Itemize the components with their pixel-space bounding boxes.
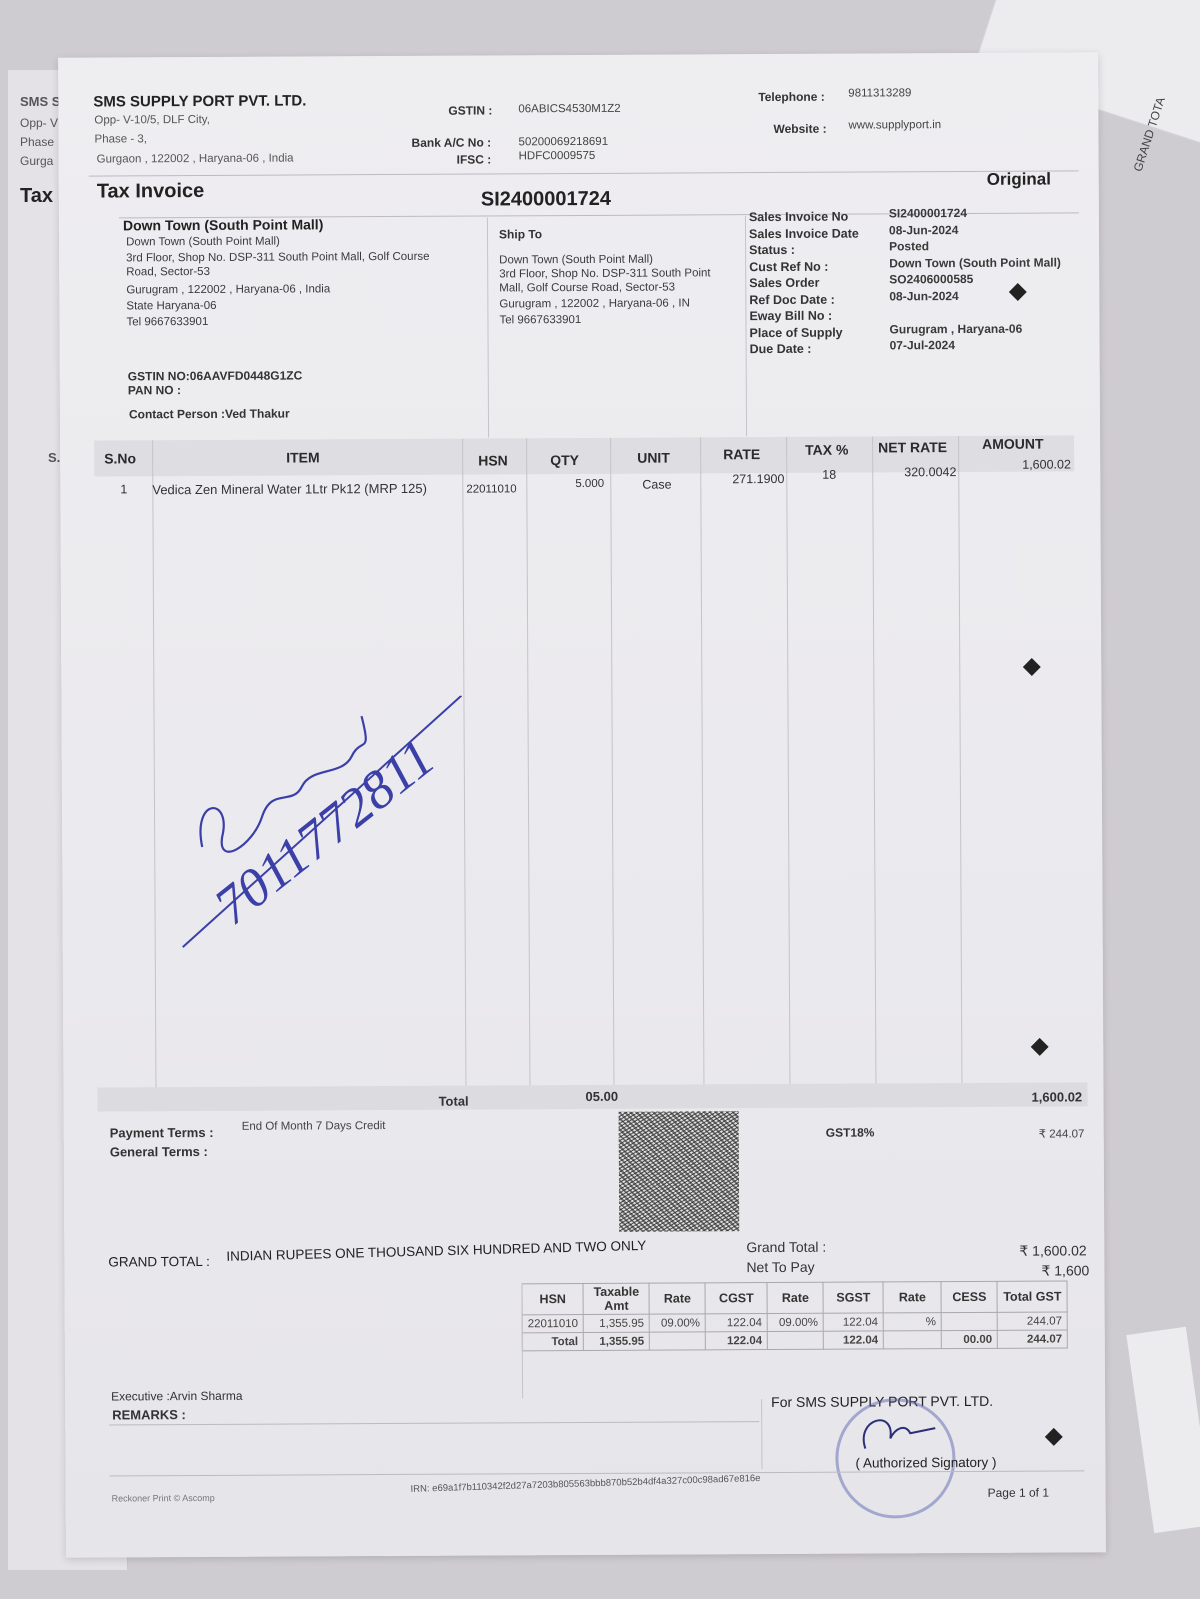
gst-total-cell: Total [522, 1332, 583, 1350]
meta-label: Sales Invoice Date [749, 225, 859, 242]
underlying-sheet-right [1126, 1327, 1200, 1533]
meta-value: 08-Jun-2024 [889, 222, 958, 239]
cell-amount: 1,600.02 [1022, 457, 1071, 471]
cell-tax: 18 [822, 468, 836, 482]
ship-to-heading: Ship To [499, 227, 542, 241]
meta-value: SO2406000585 [889, 271, 973, 288]
cell-unit: Case [642, 478, 671, 492]
col-sno: S.No [104, 450, 136, 466]
bg-fragment: Phase [20, 135, 54, 149]
col-divider [526, 438, 530, 1088]
grand-total-words: INDIAN RUPEES ONE THOUSAND SIX HUNDRED A… [226, 1238, 646, 1264]
gst-col-header: SGST [823, 1282, 883, 1313]
authorized-signature [855, 1408, 945, 1458]
col-divider [872, 436, 876, 1086]
col-divider [152, 440, 156, 1090]
document-title: Tax Invoice [97, 180, 205, 204]
bank-label: Bank A/C No : [411, 135, 491, 149]
gst-cell: 1,355.95 [583, 1314, 649, 1332]
gst-label: GST18% [826, 1125, 875, 1139]
bg-fragment: SMS S [20, 94, 60, 109]
gst-col-header: Rate [649, 1283, 705, 1314]
cell-hsn: 22011010 [466, 483, 516, 495]
divider [745, 216, 747, 436]
ink-mark: ◆ [1009, 278, 1026, 304]
gst-total-cell: 122.04 [824, 1331, 884, 1349]
col-divider [958, 436, 962, 1086]
gst-total-cell [650, 1332, 706, 1350]
handwritten-signature: 7011772811 [171, 696, 472, 958]
bg-fragment: Gurga [20, 154, 53, 168]
gst-cell: 122.04 [823, 1313, 883, 1331]
invoice-number: SI2400001724 [481, 188, 611, 212]
qr-code [619, 1111, 740, 1232]
authorized-signatory: ( Authorized Signatory ) [855, 1455, 996, 1471]
meta-value: Down Town (South Point Mall) [889, 254, 1061, 271]
meta-value: 07-Jul-2024 [890, 337, 955, 354]
cell-item: Vedica Zen Mineral Water 1Ltr Pk12 (MRP … [152, 481, 427, 497]
gst-total-cell: 1,355.95 [584, 1332, 650, 1350]
company-gstin: 06ABICS4530M1Z2 [518, 103, 620, 116]
software-credit: Reckoner Print © Ascomp [112, 1493, 215, 1504]
meta-value: Posted [889, 238, 929, 255]
col-unit: UNIT [637, 450, 670, 466]
invoice-page: SMS SUPPLY PORT PVT. LTD. Opp- V-10/5, D… [58, 52, 1106, 1557]
meta-label: Due Date : [750, 341, 812, 358]
bill-to-line: Gurugram , 122002 , Haryana-06 , India [126, 282, 330, 298]
gst-total-cell [768, 1331, 824, 1349]
ifsc-label: IFSC : [457, 152, 492, 166]
divider [109, 1421, 759, 1425]
col-rate: RATE [723, 446, 760, 462]
bank-account: 50200069218691 [518, 136, 608, 148]
company-website[interactable]: www.supplyport.in [848, 119, 941, 131]
company-address-line: Phase - 3, [94, 133, 146, 145]
ink-mark: ◆ [1031, 1033, 1048, 1059]
net-to-pay-value: ₹ 1,600 [1041, 1262, 1089, 1279]
gst-col-header: Taxable Amt [583, 1283, 649, 1314]
ship-to-line: Mall, Golf Course Road, Sector-53 [499, 281, 675, 297]
ship-to-line: Tel 9667633901 [499, 313, 581, 328]
col-item: ITEM [286, 449, 320, 465]
handwritten-phone: 7011772811 [203, 727, 446, 936]
meta-label: Cust Ref No : [749, 258, 828, 275]
bill-to-line: Down Town (South Point Mall) [126, 235, 280, 251]
executive: Executive :Arvin Sharma [111, 1389, 242, 1404]
remarks-label: REMARKS : [112, 1407, 186, 1422]
gst-cell: 122.04 [705, 1314, 767, 1332]
grand-total-words-label: GRAND TOTAL : [108, 1254, 210, 1270]
gst-cell: 244.07 [997, 1312, 1067, 1330]
gstin-label: GSTIN : [448, 103, 492, 117]
bill-to-line: Tel 9667633901 [126, 315, 208, 330]
col-tax: TAX % [805, 442, 848, 458]
meta-value: 08-Jun-2024 [889, 288, 958, 305]
meta-label: Ref Doc Date : [749, 291, 835, 308]
general-terms-label: General Terms : [110, 1144, 208, 1160]
bill-to-line: 3rd Floor, Shop No. DSP-311 South Point … [126, 250, 429, 267]
gst-cell [941, 1312, 997, 1330]
gst-col-header: Total GST [997, 1281, 1067, 1312]
cell-rate: 271.1900 [732, 472, 784, 486]
meta-label: Eway Bill No : [749, 308, 832, 325]
gst-cell: 09.00% [767, 1313, 823, 1331]
bill-to-line: Road, Sector-53 [126, 265, 210, 280]
meta-value: SI2400001724 [889, 205, 967, 222]
meta-value: Gurugram , Haryana-06 [889, 320, 1022, 337]
meta-label: Sales Invoice No [749, 209, 848, 226]
cell-sno: 1 [120, 482, 127, 496]
col-divider [786, 437, 790, 1087]
meta-label: Status : [749, 242, 795, 259]
table-row: 1 Vedica Zen Mineral Water 1Ltr Pk12 (MR… [58, 52, 1098, 57]
gst-col-header: CGST [705, 1283, 767, 1314]
payment-terms-label: Payment Terms : [110, 1125, 214, 1141]
page-number: Page 1 of 1 [988, 1486, 1049, 1500]
bg-fragment: GRAND TOTA [1131, 95, 1168, 173]
col-qty: QTY [550, 452, 579, 468]
total-qty: 05.00 [585, 1089, 618, 1104]
gst-total-cell [884, 1331, 942, 1349]
divider [89, 170, 1079, 176]
bill-to-line: State Haryana-06 [126, 299, 216, 314]
bg-fragment: Tax [20, 185, 53, 208]
company-address-line: Gurgaon , 122002 , Haryana-06 , India [97, 153, 294, 166]
gst-amount: ₹ 244.07 [1039, 1126, 1085, 1140]
bill-to-pan: PAN NO : [128, 383, 181, 397]
ink-mark: ◆ [1023, 653, 1040, 679]
gst-summary-table: HSNTaxable AmtRateCGSTRateSGSTRateCESSTo… [522, 1280, 1069, 1351]
grand-total-label: Grand Total : [746, 1239, 826, 1255]
col-amount: AMOUNT [982, 436, 1044, 452]
bill-to-name: Down Town (South Point Mall) [123, 216, 323, 233]
cell-qty: 5.000 [575, 478, 604, 490]
copy-type: Original [987, 170, 1051, 190]
col-net-rate: NET RATE [878, 439, 947, 455]
total-amount: 1,600.02 [1031, 1089, 1082, 1104]
company-telephone: 9811313289 [848, 87, 911, 99]
ifsc-code: HDFC0009575 [519, 150, 596, 162]
company-address-line: Opp- V-10/5, DLF City, [94, 114, 210, 127]
ink-mark: ◆ [1045, 1422, 1062, 1448]
bg-fragment: Opp- V [20, 116, 58, 130]
net-to-pay-label: Net To Pay [746, 1259, 814, 1275]
gst-col-header: Rate [883, 1282, 941, 1313]
gst-total-cell: 244.07 [998, 1330, 1068, 1348]
irn: IRN: e69a1f7b110342f2d27a7203b805563bbb8… [410, 1473, 760, 1495]
total-label: Total [439, 1094, 469, 1109]
divider [761, 1399, 762, 1469]
cell-net-rate: 320.0042 [904, 465, 956, 479]
col-divider [700, 437, 704, 1087]
payment-terms-value: End Of Month 7 Days Credit [242, 1120, 386, 1133]
gst-total-cell: 00.00 [942, 1330, 998, 1348]
gst-col-header: CESS [941, 1281, 997, 1312]
gst-cell: 22011010 [522, 1314, 583, 1332]
gst-cell: % [883, 1313, 941, 1331]
company-name: SMS SUPPLY PORT PVT. LTD. [93, 92, 306, 110]
gst-total-cell: 122.04 [706, 1332, 768, 1350]
ship-to-line: Gurugram , 122002 , Haryana-06 , IN [499, 296, 690, 312]
bill-to-gstin: GSTIN NO:06AAVFD0448G1ZC [128, 368, 303, 383]
gst-cell: 09.00% [649, 1314, 705, 1332]
website-label: Website : [773, 122, 826, 136]
contact-person: Contact Person :Ved Thakur [129, 407, 290, 422]
meta-label: Sales Order [749, 275, 819, 292]
telephone-label: Telephone : [758, 90, 825, 104]
meta-label: Place of Supply [749, 324, 842, 341]
gst-total-row: Total1,355.95122.04122.0400.00244.07 [522, 1330, 1067, 1351]
divider [487, 217, 489, 437]
gst-col-header: HSN [522, 1283, 583, 1314]
col-hsn: HSN [478, 452, 508, 468]
gst-col-header: Rate [767, 1282, 823, 1313]
grand-total-value: ₹ 1,600.02 [1019, 1242, 1086, 1259]
bg-fragment: S. [48, 450, 60, 465]
col-divider [610, 438, 614, 1088]
